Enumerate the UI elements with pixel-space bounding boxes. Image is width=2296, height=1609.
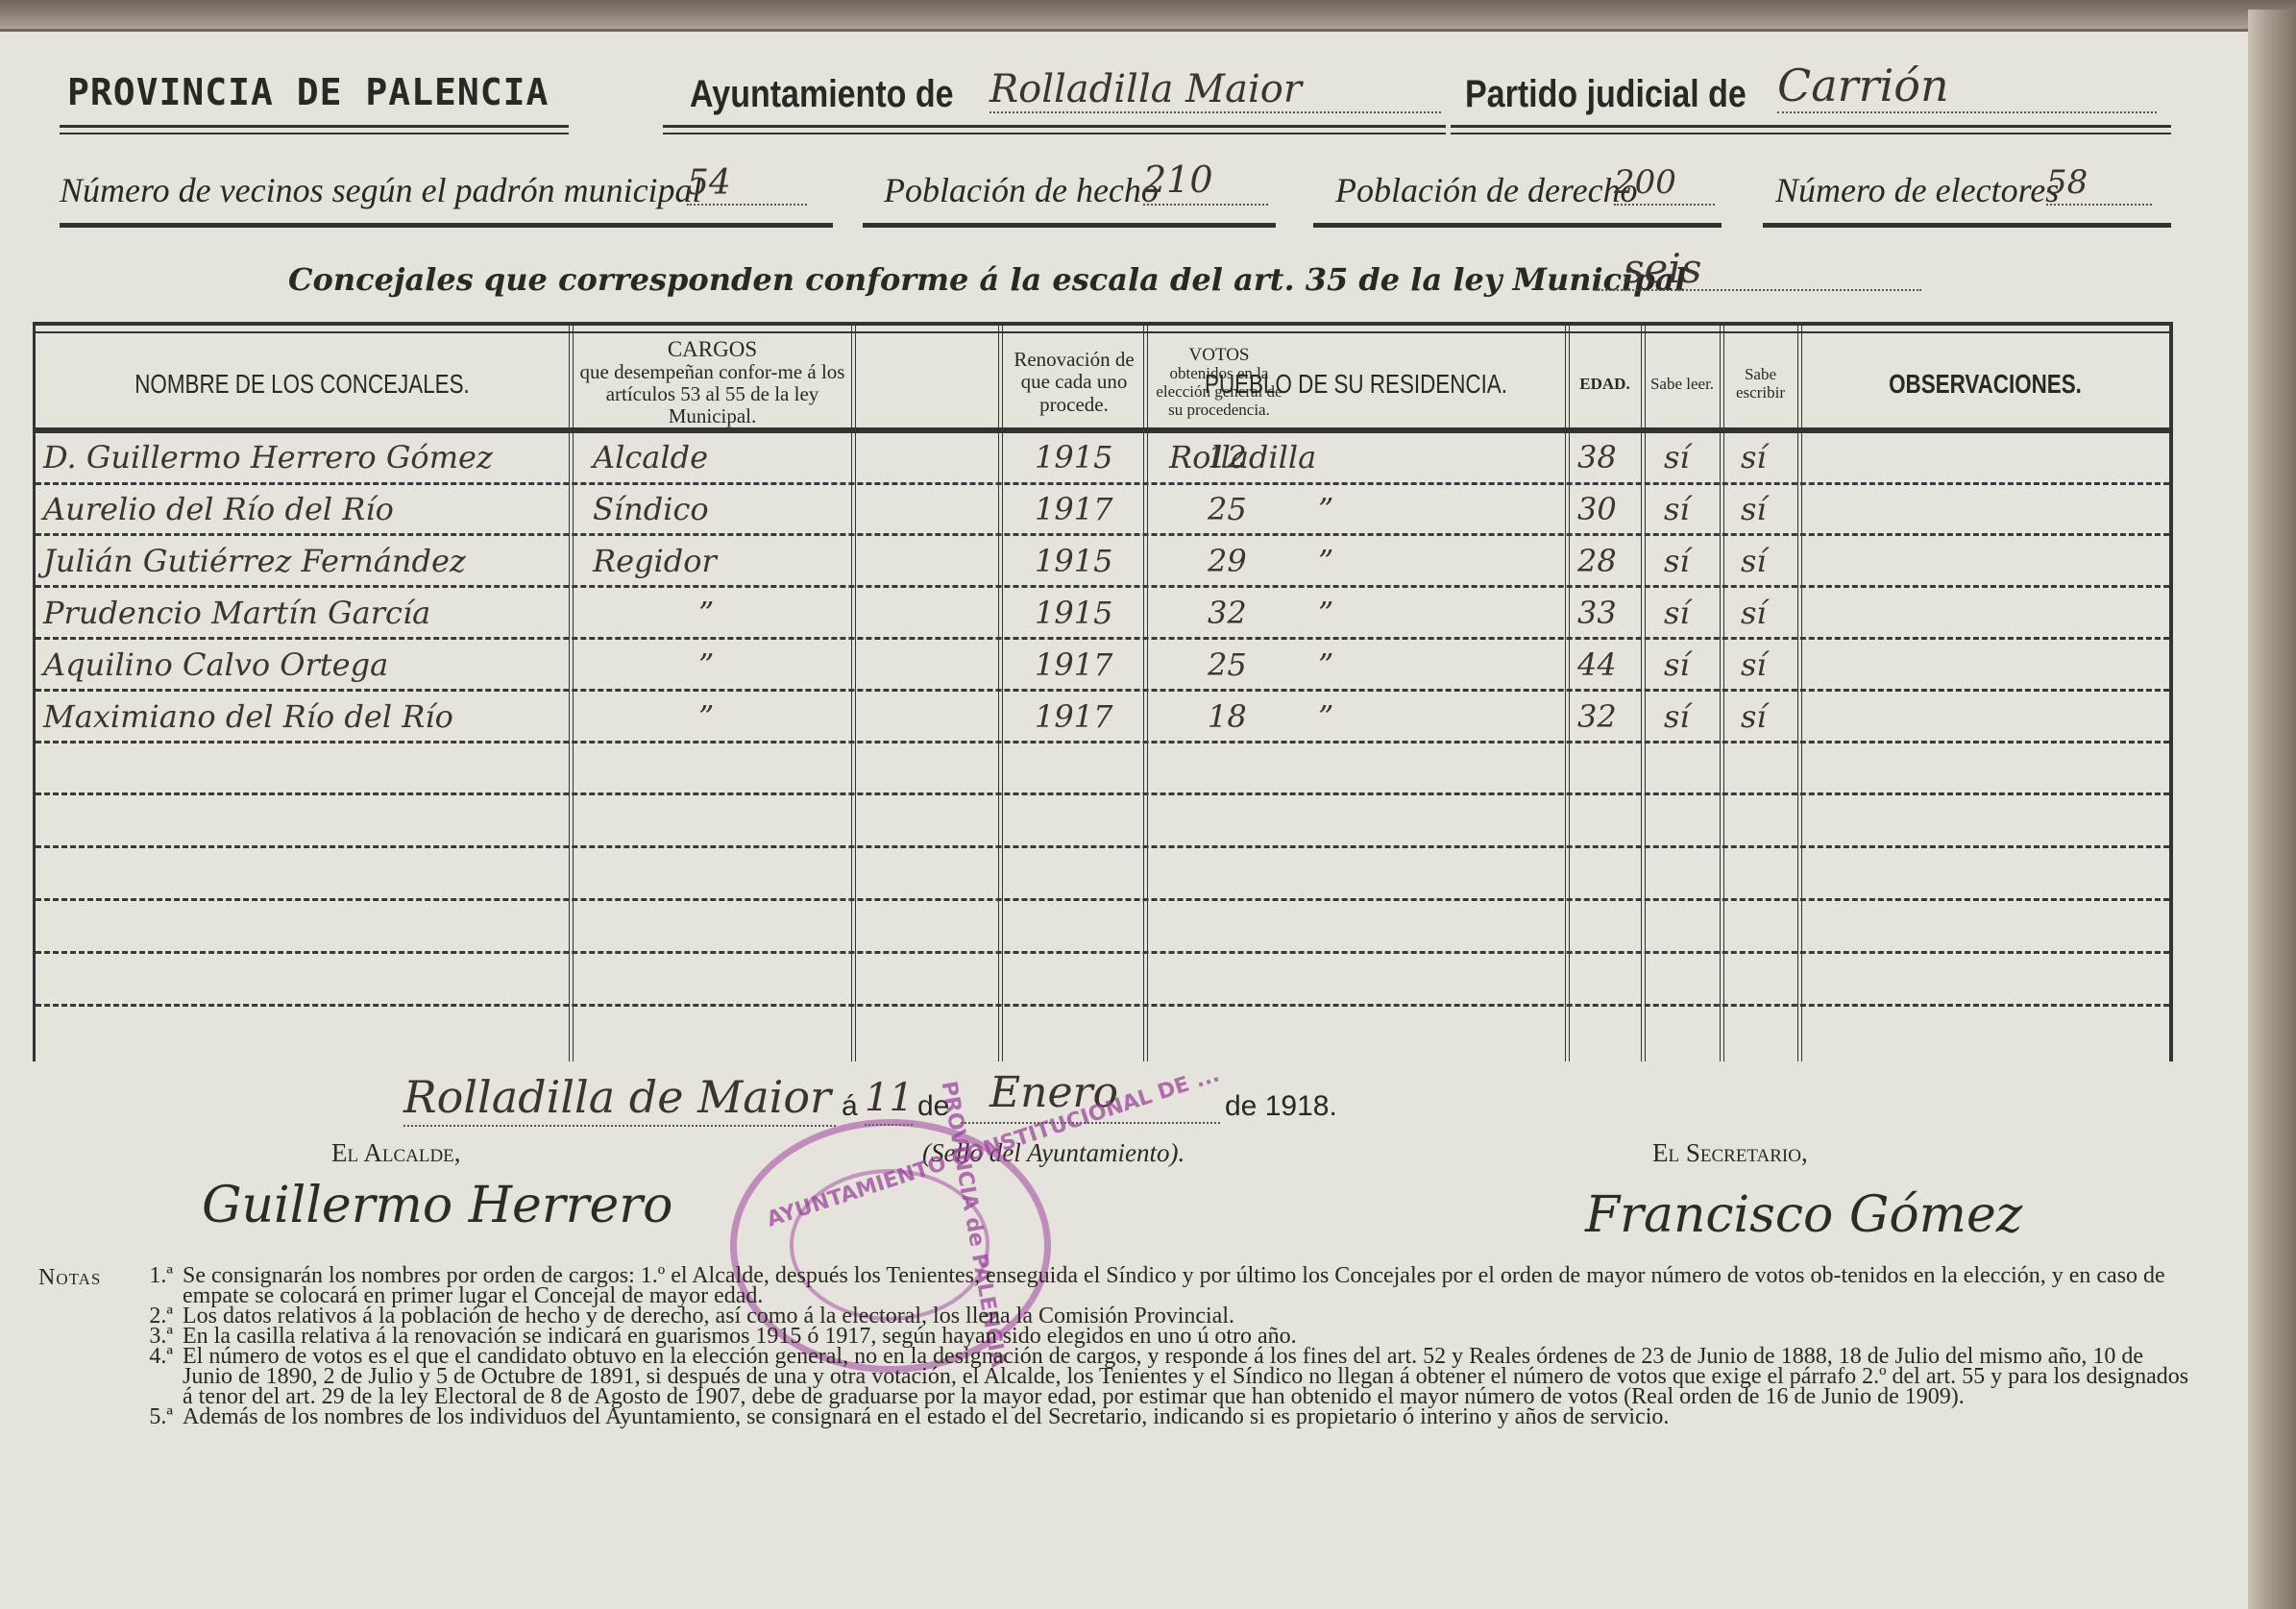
divider [1763,223,2171,228]
derecho-field[interactable]: 200 [1614,163,1715,206]
column-header-renovacion: Renovación de que cada uno procede. [1002,329,1146,435]
column-header-cargos: CARGOS que desempeñan confor-me á los ar… [574,329,851,435]
notes-label: Notas [38,1268,101,1288]
secretario-signature: Francisco Gómez [1585,1186,2022,1244]
divider [60,223,833,228]
column-header-cargos-title: CARGOS [668,337,757,361]
divider [1313,223,1722,228]
cell-leer[interactable]: sí [1664,646,1690,683]
divider [1451,125,2171,134]
cell-escribir[interactable]: sí [1741,698,1767,735]
hecho-label: Población de hecho [884,170,1159,210]
row-line [36,792,2169,795]
cell-edad[interactable]: 44 [1577,646,1617,683]
alcalde-signature: Guillermo Herrero [202,1177,672,1234]
partido-label: Partido judicial de [1465,73,1746,116]
electores-field[interactable]: 58 [2046,163,2152,206]
row-line [36,1004,2169,1007]
note-item: 5.ªAdemás de los nombres de los individu… [115,1407,2190,1427]
column-header-nombre: NOMBRE DE LOS CONCEJALES. [89,331,516,437]
date-year-label: de 1918. [1225,1090,1337,1123]
cell-votos[interactable]: 25 [1208,646,1247,683]
cell-renovacion[interactable]: 1915 [1035,439,1112,475]
cell-cargo[interactable]: ” [698,646,714,683]
divider [663,125,1446,134]
column-header-sabe-escribir: Sabe escribir [1723,331,1797,437]
column-header-cargos-sub: que desempeñan confor-me á los artículos… [574,361,851,427]
cell-nombre[interactable]: Aquilino Calvo Ortega [43,646,388,683]
note-item: 4.ªEl número de votos es el que el candi… [115,1347,2190,1407]
cell-cargo[interactable]: ” [698,595,714,631]
cell-pueblo[interactable]: ” [1318,646,1333,683]
row-line [36,845,2169,848]
cell-renovacion[interactable]: 1917 [1035,491,1112,527]
cell-edad[interactable]: 28 [1577,543,1617,579]
cell-edad[interactable]: 32 [1577,698,1617,735]
cell-nombre[interactable]: Aurelio del Río del Río [43,491,394,527]
cell-leer[interactable]: sí [1664,543,1690,579]
cell-nombre[interactable]: D. Guillermo Herrero Gómez [43,439,493,475]
note-text: Además de los nombres de los individuos … [183,1407,2190,1427]
secretario-label: El Secretario, [1652,1138,1808,1168]
row-line [36,898,2169,901]
derecho-label: Población de derecho [1335,170,1638,210]
date-place-field[interactable]: Rolladilla de Maior [403,1071,836,1127]
cell-escribir[interactable]: sí [1741,595,1767,631]
cell-escribir[interactable]: sí [1741,646,1767,683]
note-item: 1.ªSe consignarán los nombres por orden … [115,1266,2190,1306]
alcalde-label: El Alcalde, [331,1138,461,1168]
cell-nombre[interactable]: Prudencio Martín García [43,595,430,631]
vecinos-field[interactable]: 54 [687,163,807,206]
cell-pueblo[interactable]: ” [1318,698,1333,735]
row-line [36,951,2169,954]
vecinos-label: Número de vecinos según el padrón munici… [60,170,702,210]
cell-pueblo[interactable]: ” [1318,595,1333,631]
ayuntamiento-field[interactable]: Rolladilla Maior [989,67,1441,113]
cell-pueblo-text: Rolladilla [1169,439,1316,475]
row-line [36,637,2169,640]
cell-renovacion[interactable]: 1915 [1035,595,1112,631]
header-bottom-border [36,427,2169,433]
cell-votos[interactable]: 18 [1208,698,1247,735]
notes-section: Notas 1.ªSe consignarán los nombres por … [38,1266,2190,1427]
cell-votos[interactable]: 32 [1208,595,1247,631]
cell-leer[interactable]: sí [1664,491,1690,527]
divider [863,223,1276,228]
concejales-field[interactable]: seis [1595,245,1921,291]
cell-escribir[interactable]: sí [1741,491,1767,527]
notes-list: 1.ªSe consignarán los nombres por orden … [115,1266,2190,1427]
cell-leer[interactable]: sí [1664,698,1690,735]
note-number: 1.ª [115,1266,183,1306]
electores-label: Número de electores [1775,170,2059,210]
cell-cargo[interactable]: Regidor [593,543,717,579]
cell-renovacion[interactable]: 1917 [1035,646,1112,683]
divider [60,125,569,134]
cell-votos[interactable]: 25 [1208,491,1247,527]
partido-field[interactable]: Carrión [1777,60,2157,113]
cell-leer[interactable]: sí [1664,439,1690,475]
row-line [36,741,2169,744]
cell-edad[interactable]: 33 [1577,595,1617,631]
row-line [36,482,2169,485]
cell-edad[interactable]: 38 [1577,439,1617,475]
concejales-label: Concejales que corresponden conforme á l… [288,261,1687,298]
row-line [36,585,2169,588]
column-header-sabe-leer: Sabe leer. [1645,331,1720,437]
cell-cargo[interactable]: ” [698,698,714,735]
cell-escribir[interactable]: sí [1741,439,1767,475]
cell-nombre[interactable]: Julián Gutiérrez Fernández [43,543,466,579]
column-header-observaciones: OBSERVACIONES. [1838,331,2132,437]
cell-escribir[interactable]: sí [1741,543,1767,579]
date-a-label: á [842,1090,858,1123]
column-header-edad: EDAD. [1569,331,1641,437]
row-line [36,533,2169,536]
note-number: 4.ª [115,1347,183,1407]
cell-nombre[interactable]: Maximiano del Río del Río [43,698,453,735]
concejales-table: NOMBRE DE LOS CONCEJALES. CARGOS que des… [33,322,2173,1061]
cell-leer[interactable]: sí [1664,595,1690,631]
ayuntamiento-label: Ayuntamiento de [690,73,954,116]
row-line [36,689,2169,692]
page-edge [2248,10,2296,1609]
note-number: 5.ª [115,1407,183,1427]
cell-pueblo[interactable]: ” [1318,491,1333,527]
note-text: El número de votos es el que el candidat… [183,1347,2190,1407]
cell-edad[interactable]: 30 [1577,491,1617,527]
column-header-pueblo: PUEBLO DE SU RESIDENCIA. [1189,331,1524,437]
cell-pueblo[interactable]: ” [1318,543,1333,579]
hecho-field[interactable]: 210 [1143,158,1268,206]
note-text: Se consignarán los nombres por orden de … [183,1266,2190,1306]
cell-renovacion[interactable]: 1917 [1035,698,1112,735]
province-title: PROVINCIA DE PALENCIA [67,71,549,113]
cell-renovacion[interactable]: 1915 [1035,543,1112,579]
cell-votos[interactable]: 29 [1208,543,1247,579]
cell-cargo[interactable]: Alcalde [593,439,708,475]
cell-cargo[interactable]: Síndico [593,491,709,527]
